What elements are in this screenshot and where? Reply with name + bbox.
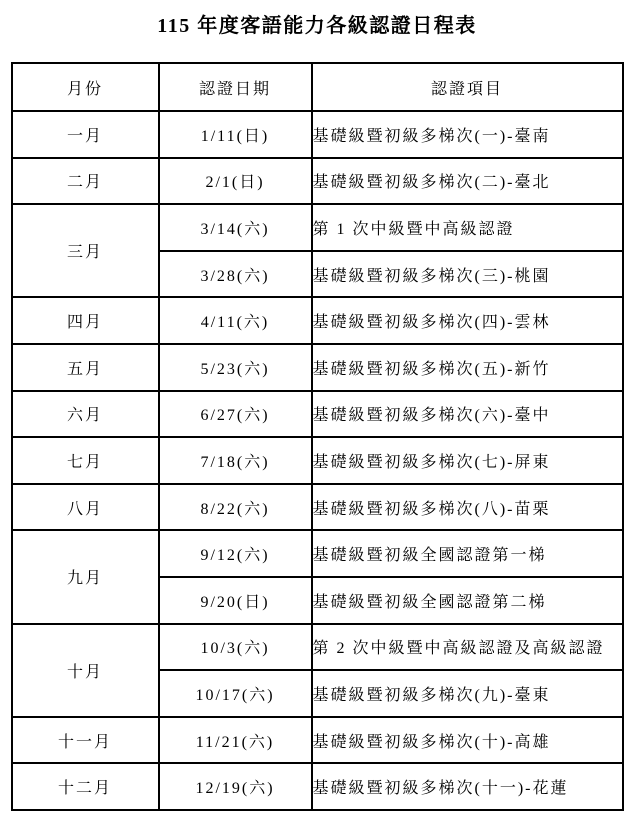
month-cell: 十月 [12,624,159,717]
month-cell: 七月 [12,437,159,484]
month-cell: 八月 [12,484,159,531]
item-cell: 第 1 次中級暨中高級認證 [312,204,623,251]
table-row: 四月 4/11(六) 基礎級暨初級多梯次(四)-雲林 [12,297,623,344]
item-cell: 基礎級暨初級全國認證第一梯 [312,530,623,577]
item-cell: 基礎級暨初級多梯次(九)-臺東 [312,670,623,717]
item-cell: 基礎級暨初級多梯次(十)-高雄 [312,717,623,764]
item-cell: 基礎級暨初級多梯次(四)-雲林 [312,297,623,344]
month-cell: 十二月 [12,763,159,810]
table-row: 三月 3/14(六) 第 1 次中級暨中高級認證 [12,204,623,251]
month-cell: 五月 [12,344,159,391]
table-row: 十一月 11/21(六) 基礎級暨初級多梯次(十)-高雄 [12,717,623,764]
table-header: 月份 認證日期 認證項目 [12,63,623,111]
schedule-table: 月份 認證日期 認證項目 一月 1/11(日) 基礎級暨初級多梯次(一)-臺南 … [11,62,624,811]
table-row: 八月 8/22(六) 基礎級暨初級多梯次(八)-苗栗 [12,484,623,531]
item-cell: 基礎級暨初級多梯次(五)-新竹 [312,344,623,391]
table-row: 一月 1/11(日) 基礎級暨初級多梯次(一)-臺南 [12,111,623,158]
date-cell: 11/21(六) [159,717,312,764]
header-row: 月份 認證日期 認證項目 [12,63,623,111]
date-cell: 10/17(六) [159,670,312,717]
date-cell: 5/23(六) [159,344,312,391]
date-cell: 8/22(六) [159,484,312,531]
month-cell: 一月 [12,111,159,158]
date-cell: 10/3(六) [159,624,312,671]
month-cell: 六月 [12,391,159,438]
date-cell: 2/1(日) [159,158,312,205]
table-row: 九月 9/12(六) 基礎級暨初級全國認證第一梯 [12,530,623,577]
month-cell: 四月 [12,297,159,344]
item-cell: 基礎級暨初級多梯次(八)-苗栗 [312,484,623,531]
date-cell: 4/11(六) [159,297,312,344]
header-item: 認證項目 [312,63,623,111]
item-cell: 基礎級暨初級多梯次(二)-臺北 [312,158,623,205]
item-cell: 基礎級暨初級多梯次(一)-臺南 [312,111,623,158]
month-cell: 三月 [12,204,159,297]
table-row: 六月 6/27(六) 基礎級暨初級多梯次(六)-臺中 [12,391,623,438]
table-row: 五月 5/23(六) 基礎級暨初級多梯次(五)-新竹 [12,344,623,391]
table-row: 二月 2/1(日) 基礎級暨初級多梯次(二)-臺北 [12,158,623,205]
table-row: 十月 10/3(六) 第 2 次中級暨中高級認證及高級認證 [12,624,623,671]
month-cell: 二月 [12,158,159,205]
date-cell: 3/28(六) [159,251,312,298]
header-month: 月份 [12,63,159,111]
date-cell: 7/18(六) [159,437,312,484]
header-date: 認證日期 [159,63,312,111]
date-cell: 9/20(日) [159,577,312,624]
date-cell: 9/12(六) [159,530,312,577]
item-cell: 第 2 次中級暨中高級認證及高級認證 [312,624,623,671]
item-cell: 基礎級暨初級多梯次(七)-屏東 [312,437,623,484]
date-cell: 12/19(六) [159,763,312,810]
item-cell: 基礎級暨初級多梯次(六)-臺中 [312,391,623,438]
document-page: 115 年度客語能力各級認證日程表 月份 認證日期 認證項目 一月 1/11(日… [0,13,634,811]
table-row: 七月 7/18(六) 基礎級暨初級多梯次(七)-屏東 [12,437,623,484]
table-body: 一月 1/11(日) 基礎級暨初級多梯次(一)-臺南 二月 2/1(日) 基礎級… [12,111,623,810]
month-cell: 十一月 [12,717,159,764]
date-cell: 3/14(六) [159,204,312,251]
date-cell: 1/11(日) [159,111,312,158]
item-cell: 基礎級暨初級多梯次(十一)-花蓮 [312,763,623,810]
date-cell: 6/27(六) [159,391,312,438]
page-title: 115 年度客語能力各級認證日程表 [0,13,634,39]
item-cell: 基礎級暨初級多梯次(三)-桃園 [312,251,623,298]
month-cell: 九月 [12,530,159,623]
item-cell: 基礎級暨初級全國認證第二梯 [312,577,623,624]
table-row: 十二月 12/19(六) 基礎級暨初級多梯次(十一)-花蓮 [12,763,623,810]
